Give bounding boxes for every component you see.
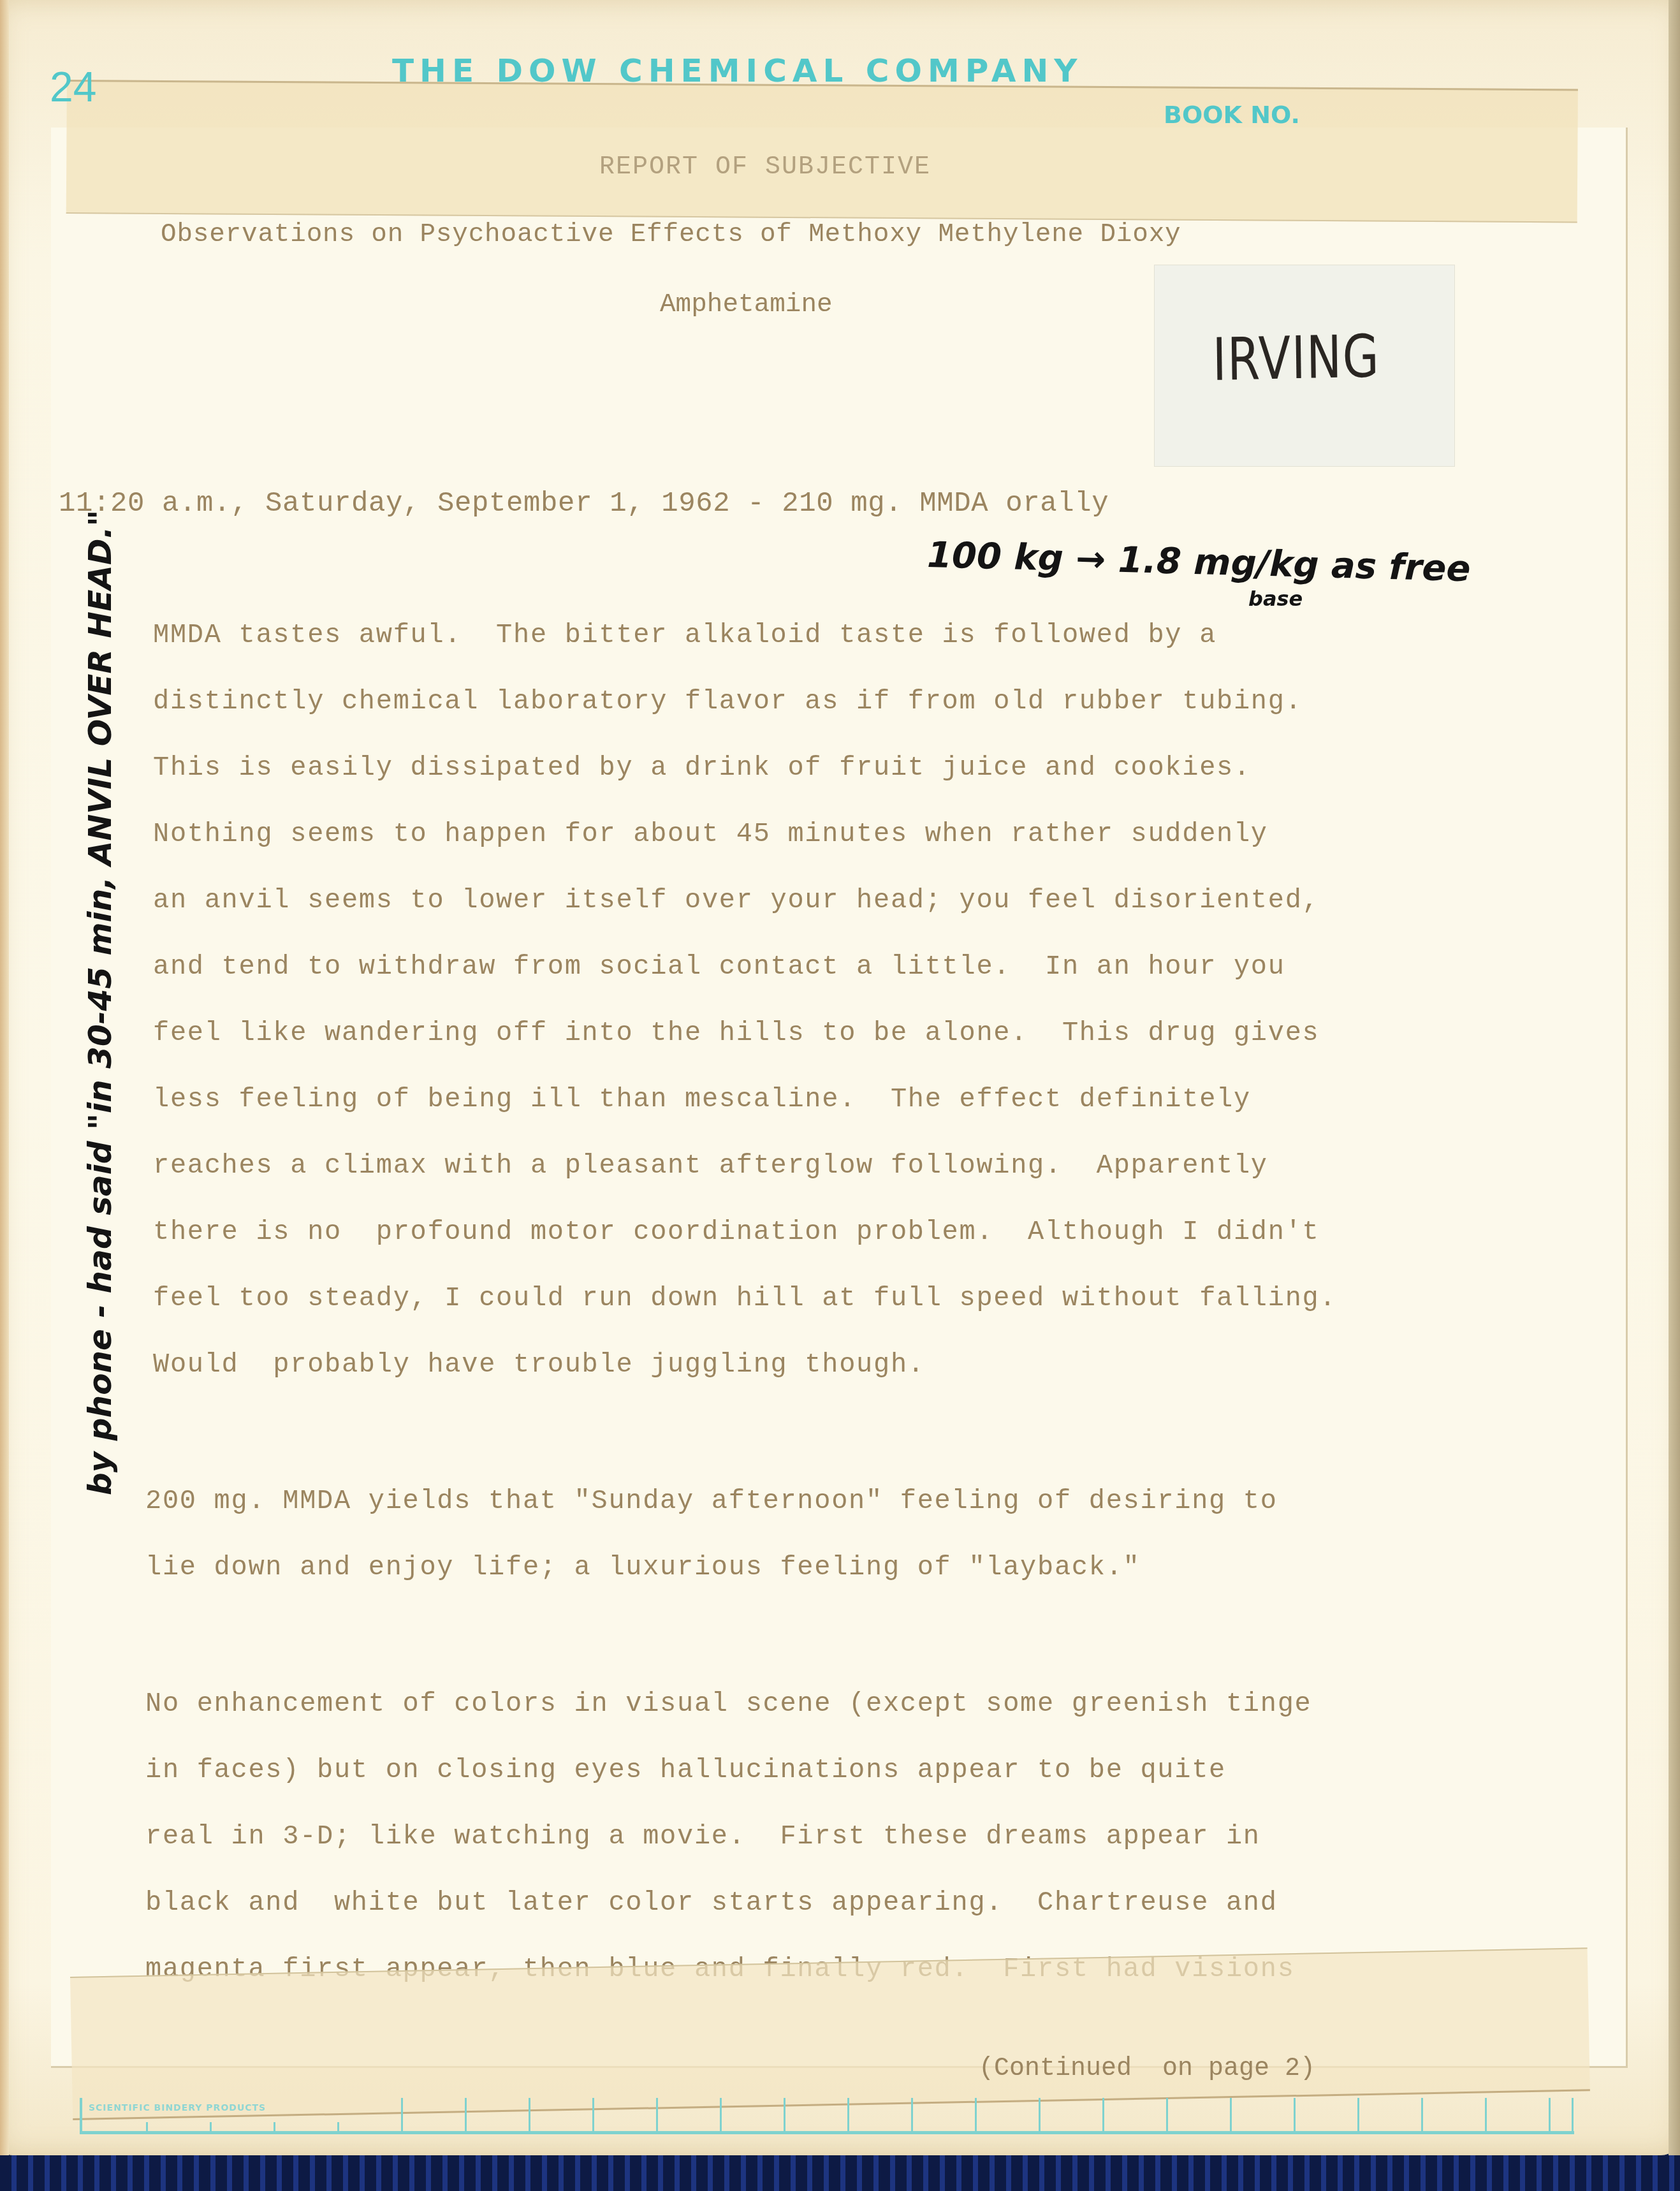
- body-line: This is easily dissipated by a drink of …: [153, 752, 1251, 783]
- ruler-tick: [1102, 2098, 1104, 2131]
- document-title-line-1: Observations on Psychoactive Effects of …: [161, 220, 1181, 249]
- handwritten-dose-note-continuation: base: [1248, 587, 1303, 611]
- ruler-tick: [1039, 2098, 1041, 2131]
- body-line: feel too steady, I could run down hill a…: [153, 1283, 1336, 1314]
- ruler-tick: [911, 2098, 913, 2131]
- page-edge-left: [0, 0, 9, 2155]
- ruler-tick: [146, 2122, 148, 2131]
- document-title-line-2: Amphetamine: [660, 290, 833, 319]
- body-line: Nothing seems to happen for about 45 min…: [153, 819, 1268, 849]
- name-card: IRVING: [1154, 265, 1455, 467]
- ruler-tick: [1166, 2098, 1168, 2131]
- bindery-ruler: SCIENTIFIC BINDERY PRODUCTS: [80, 2098, 1574, 2134]
- ruler-tick: [720, 2098, 722, 2131]
- subject-name: IRVING: [1212, 322, 1380, 394]
- ruler-tick: [656, 2098, 658, 2131]
- company-letterhead: THE DOW CHEMICAL COMPANY: [392, 52, 1083, 89]
- ruler-tick: [465, 2098, 467, 2131]
- page-edge-right: [1669, 0, 1680, 2155]
- ruler-tick: [1294, 2098, 1296, 2131]
- ruler-tick: [1421, 2098, 1423, 2131]
- body-line: Would probably have trouble juggling tho…: [153, 1349, 925, 1380]
- ruler-tick: [1230, 2098, 1232, 2131]
- ruler-tick: [401, 2098, 403, 2131]
- ruler-tick: [1485, 2098, 1487, 2131]
- body-line: black and white but later color starts a…: [145, 1887, 1278, 1918]
- body-line: in faces) but on closing eyes hallucinat…: [145, 1755, 1226, 1785]
- body-line: reaches a climax with a pleasant aftergl…: [153, 1150, 1268, 1181]
- ruler-tick: [210, 2122, 212, 2131]
- ruler-tick: [337, 2122, 339, 2131]
- ruler-tick: [529, 2098, 530, 2131]
- notebook-page: 24 THE DOW CHEMICAL COMPANY BOOK NO. REP…: [0, 0, 1680, 2155]
- body-line: an anvil seems to lower itself over your…: [153, 885, 1319, 916]
- body-line: feel like wandering off into the hills t…: [153, 1018, 1319, 1048]
- ruler-tick: [274, 2122, 275, 2131]
- ruler-tick: [784, 2098, 785, 2131]
- tape-strip-bottom: [70, 1947, 1590, 2120]
- body-line: distinctly chemical laboratory flavor as…: [153, 686, 1303, 717]
- notebook-binding-cloth: [0, 2155, 1680, 2191]
- dateline: 11:20 a.m., Saturday, September 1, 1962 …: [59, 488, 1109, 520]
- tape-strip-top: [66, 80, 1578, 223]
- body-line: real in 3-D; like watching a movie. Firs…: [145, 1821, 1260, 1852]
- page-number: 24: [50, 62, 96, 111]
- report-heading: REPORT OF SUBJECTIVE: [599, 153, 931, 182]
- ruler-tick: [1549, 2098, 1551, 2131]
- body-line: and tend to withdraw from social contact…: [153, 951, 1285, 982]
- ruler-tick: [592, 2098, 594, 2131]
- body-line: 200 mg. MMDA yields that "Sunday afterno…: [145, 1486, 1278, 1516]
- ruler-tick: [1572, 2098, 1574, 2131]
- bindery-label: SCIENTIFIC BINDERY PRODUCTS: [89, 2103, 266, 2113]
- body-line: less feeling of being ill than mescaline…: [153, 1084, 1251, 1115]
- ruler-tick: [975, 2098, 977, 2131]
- continued-notice: (Continued on page 2): [979, 2055, 1315, 2083]
- body-line: there is no profound motor coordination …: [153, 1217, 1319, 1247]
- body-line: No enhancement of colors in visual scene…: [145, 1689, 1311, 1719]
- handwritten-margin-note: by phone - had said "in 30-45 min, ANVIL…: [82, 509, 119, 1495]
- book-number-label: BOOK NO.: [1164, 101, 1300, 129]
- ruler-tick: [847, 2098, 849, 2131]
- ruler-tick: [1357, 2098, 1359, 2131]
- body-line: lie down and enjoy life; a luxurious fee…: [145, 1552, 1140, 1583]
- body-line: MMDA tastes awful. The bitter alkaloid t…: [153, 620, 1216, 650]
